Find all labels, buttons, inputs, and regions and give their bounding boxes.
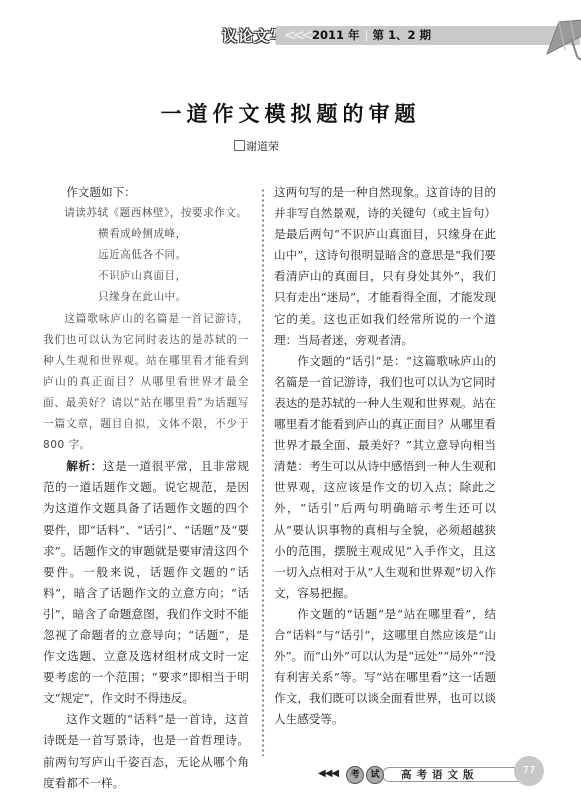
continuation-paragraph: 这两句写的是一种自然现象。这首诗的目的并非写自然景观，诗的关键句（或主旨句）是最… xyxy=(274,182,496,351)
topic-paragraph: 作文题的“话题”是“站在哪里看”，结合“话料”与“话引”，这哪里自然应该是“山外… xyxy=(274,604,496,731)
poem-line: 不识庐山真面目， xyxy=(43,266,249,287)
analysis-text: 这是一道很平常，且非常规范的一道话题作文题。说它规范，是因为这道作文题具备了话题… xyxy=(43,459,249,705)
poem-line: 横看成岭侧成峰， xyxy=(43,224,249,245)
poem-line: 远近高低各不同。 xyxy=(43,245,249,266)
right-column: 这两句写的是一种自然现象。这首诗的目的并非写自然景观，诗的关键句（或主旨句）是最… xyxy=(274,182,496,730)
author-line: 谢道荣 xyxy=(234,138,279,154)
arrow-left-icon: ◀◀◀ xyxy=(318,768,338,779)
left-column: 作文题如下： 请读苏轼《题西林壁》，按要求作文。 横看成岭侧成峰， 远近高低各不… xyxy=(43,182,249,794)
column-divider xyxy=(260,188,266,756)
issue-year: 2011 年 xyxy=(312,28,360,42)
intro-line: 作文题如下： xyxy=(43,182,249,203)
author-name: 谢道荣 xyxy=(246,140,279,153)
publication-name: 高考语文版 xyxy=(382,767,522,782)
guide-paragraph: 作文题的“话引”是：“这篇歌咏庐山的名篇是一首记游诗，我们也可以认为它同时表达的… xyxy=(274,351,496,604)
article-title: 一道作文模拟题的审题 xyxy=(0,98,581,128)
checkbox-glyph-icon xyxy=(234,140,245,151)
material-paragraph: 这作文题的“话料”是一首诗，这首诗既是一首写景诗，也是一首哲理诗。前两句写庐山千… xyxy=(43,709,249,793)
issue-info: 2011 年第 1、2 期 xyxy=(312,26,431,45)
issue-band: <<< 2011 年第 1、2 期 xyxy=(276,26,580,45)
page-footer: ◀◀◀ 考 试 高考语文版 77 xyxy=(318,764,558,790)
chevron-left-icon: <<< xyxy=(284,26,310,45)
poem-line: 只缘身在此山中。 xyxy=(43,287,249,308)
prompt-body: 这篇歌咏庐山的名篇是一首记游诗，我们也可以认为它同时表达的是苏轼的一种人生观和世… xyxy=(43,309,249,457)
analysis-paragraph: 解析：这是一道很平常，且非常规范的一道话题作文题。说它规范，是因为这道作文题具备… xyxy=(43,456,249,709)
issue-number: 第 1、2 期 xyxy=(373,28,432,42)
badge-kao: 考 xyxy=(346,766,364,784)
page-number: 77 xyxy=(514,756,544,786)
umbrella-icon xyxy=(541,16,581,62)
analysis-label: 解析： xyxy=(66,459,103,473)
badge-shi: 试 xyxy=(366,766,384,784)
prompt-instruction: 请读苏轼《题西林壁》，按要求作文。 xyxy=(43,203,249,224)
page-header: 议论文写作 <<< 2011 年第 1、2 期 xyxy=(210,22,580,56)
separator xyxy=(366,30,367,41)
